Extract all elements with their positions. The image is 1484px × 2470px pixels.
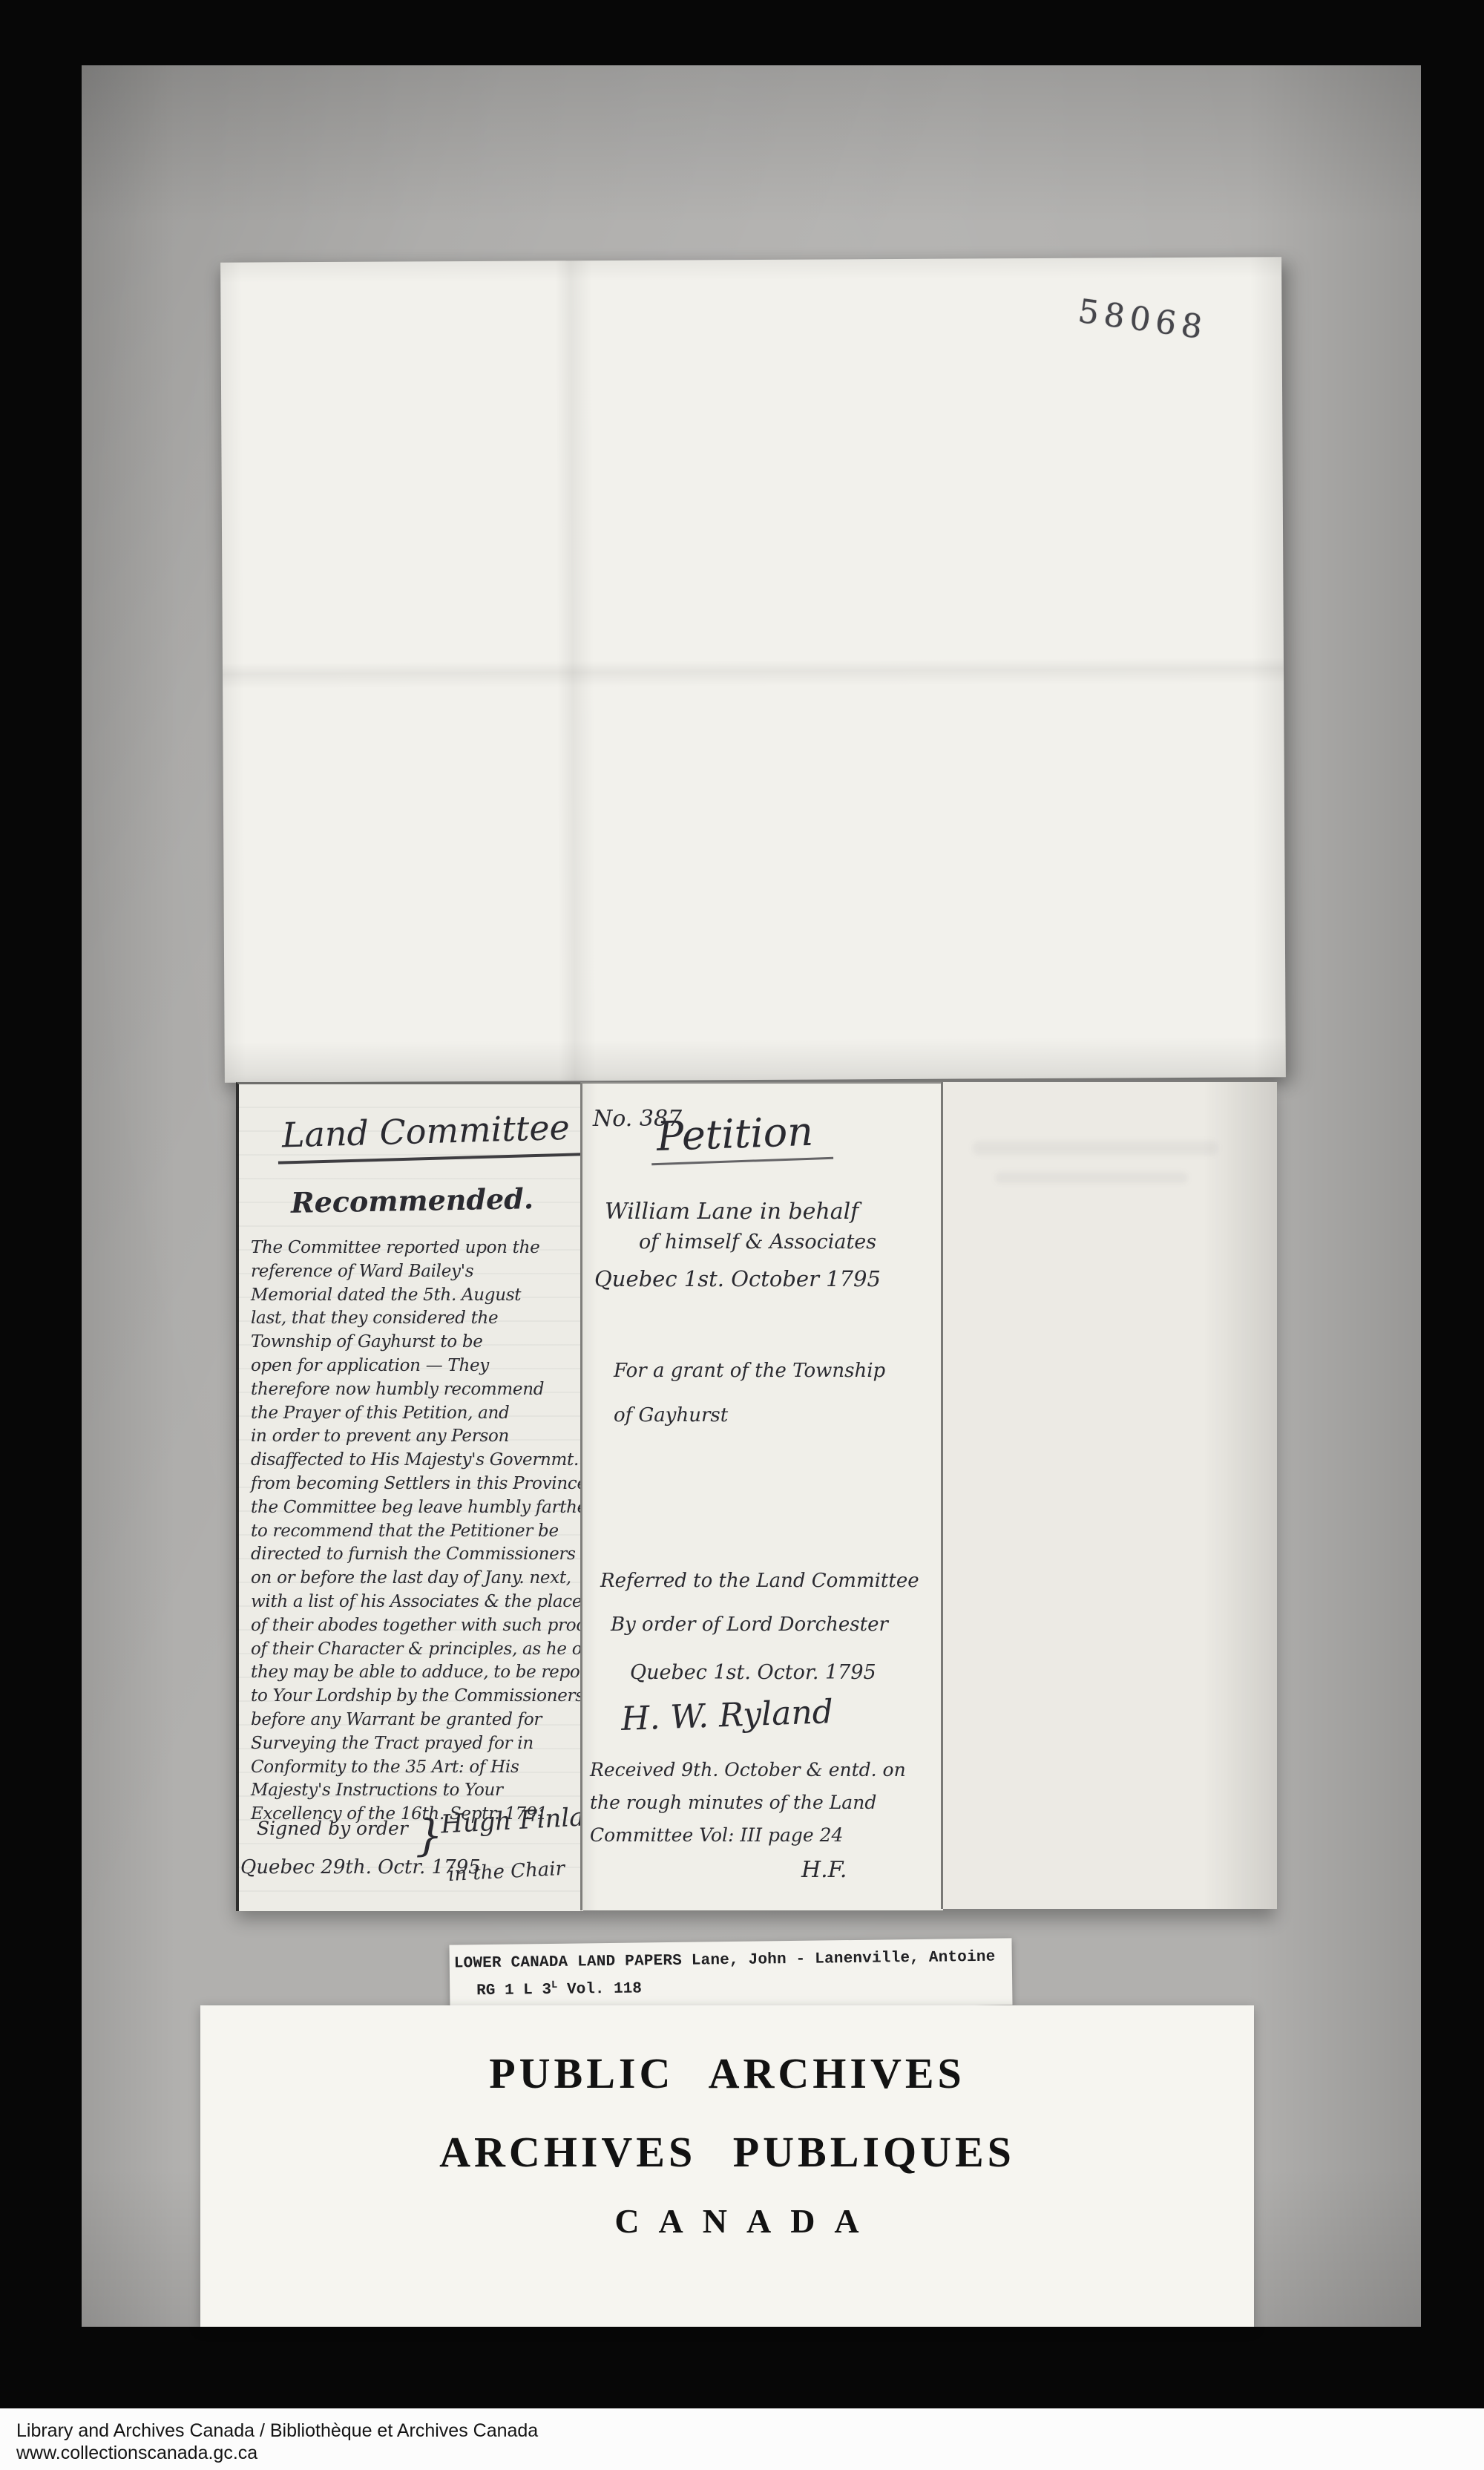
quebec-date-line: Quebec 29th. Octr. 1795 <box>240 1856 481 1878</box>
archive-reference-label: LOWER CANADA LAND PAPERS Lane, John - La… <box>449 1938 1012 2011</box>
manuscript-line: before any Warrant be granted for <box>251 1709 582 1732</box>
manuscript-line: the Prayer of this Petition, and <box>251 1402 582 1426</box>
collection-title-line: LOWER CANADA LAND PAPERS Lane, John - La… <box>454 1949 996 1973</box>
archives-publiques-fr: ARCHIVES PUBLIQUES <box>200 2127 1254 2177</box>
received-line-3: Committee Vol: III page 24 <box>590 1824 843 1846</box>
ink-bleed-mark <box>995 1173 1188 1183</box>
lac-name-line: Library and Archives Canada / Bibliothèq… <box>16 2420 538 2442</box>
land-committee-heading: Land Committee <box>277 1107 581 1164</box>
manuscript-line: reference of Ward Bailey's <box>251 1260 582 1284</box>
manuscript-line: the Committee beg leave humbly farther <box>251 1496 582 1520</box>
referral-date-line: Quebec 1st. Octor. 1795 <box>630 1661 876 1684</box>
manuscript-line: of their Character & principles, as he o… <box>251 1638 582 1662</box>
manuscript-line: last, that they considered the <box>251 1307 582 1331</box>
page-number-stamp: 58068 <box>1076 292 1209 347</box>
manuscript-line: therefore now humbly recommend <box>251 1378 582 1402</box>
canada-label: CANADA <box>200 2201 1273 2241</box>
ink-bleed-mark <box>973 1141 1218 1155</box>
lac-attribution-strip: Library and Archives Canada / Bibliothèq… <box>0 2408 1484 2470</box>
public-archives-en: PUBLIC ARCHIVES <box>200 2048 1254 2098</box>
manuscript-line: from becoming Settlers in this Province <box>251 1472 582 1496</box>
manuscript-line: to recommend that the Petitioner be <box>251 1520 582 1544</box>
manuscript-line: Township of Gayhurst to be <box>251 1331 582 1354</box>
manuscript-line: to Your Lordship by the Commissioners <box>251 1685 582 1709</box>
petitioner-name-line: William Lane in behalf <box>605 1199 858 1225</box>
manuscript-line: on or before the last day of Jany. next, <box>251 1567 582 1591</box>
signed-by-order: Signed by order <box>257 1818 408 1839</box>
manuscript-line: directed to furnish the Commissioners <box>251 1543 582 1567</box>
record-group-volume: Vol. 118 <box>557 1980 642 1998</box>
manuscript-line: of their abodes together with such proof <box>251 1614 582 1638</box>
record-group-prefix: RG 1 L 3 <box>476 1982 551 1999</box>
received-line-2: the rough minutes of the Land <box>590 1792 876 1813</box>
manuscript-line: Memorial dated the 5th. August <box>251 1284 582 1308</box>
petition-heading: Petition <box>650 1107 833 1166</box>
manuscript-line: they may be able to adduce, to be report… <box>251 1661 582 1685</box>
photograph-area: 58068 Land Committee Recommended. The Co… <box>82 65 1421 2327</box>
clerk-initials: H.F. <box>801 1857 847 1883</box>
received-line-1: Received 9th. October & entd. on <box>590 1759 906 1781</box>
manuscript-line: Majesty's Instructions to Your <box>251 1779 582 1803</box>
recommendation-body: The Committee reported upon the referenc… <box>251 1236 582 1827</box>
petition-panel: No. 387 Petition William Lane in behalf … <box>580 1082 943 1910</box>
blank-folded-sheet: 58068 <box>220 257 1286 1082</box>
subject-line-2: of Gayhurst <box>614 1404 728 1426</box>
brace-glyph: } <box>416 1810 443 1861</box>
referral-line-1: Referred to the Land Committee <box>600 1570 919 1592</box>
manuscript-panels: Land Committee Recommended. The Committe… <box>236 1082 1275 1909</box>
manuscript-line: disaffected to His Majesty's Governmt. <box>251 1449 582 1472</box>
manuscript-line: in order to prevent any Person <box>251 1425 582 1449</box>
manuscript-line: Surveying the Tract prayed for in <box>251 1732 582 1756</box>
record-group-line: RG 1 L 3L Vol. 118 <box>476 1978 642 1999</box>
blank-docket-page <box>941 1082 1277 1909</box>
lac-url-line: www.collectionscanada.gc.ca <box>16 2443 257 2464</box>
manuscript-line: The Committee reported upon the <box>251 1236 582 1260</box>
petition-date-line: Quebec 1st. October 1795 <box>594 1266 881 1291</box>
public-archives-card: PUBLIC ARCHIVES ARCHIVES PUBLIQUES CANAD… <box>200 2005 1254 2327</box>
subject-line-1: For a grant of the Township <box>614 1360 885 1382</box>
manuscript-line: Conformity to the 35 Art: of His <box>251 1756 582 1780</box>
land-committee-panel: Land Committee Recommended. The Committe… <box>236 1082 583 1911</box>
archival-scan-frame: 58068 Land Committee Recommended. The Co… <box>0 0 1484 2470</box>
petitioner-associates-line: of himself & Associates <box>639 1231 876 1254</box>
referral-line-2: By order of Lord Dorchester <box>611 1614 888 1636</box>
manuscript-line: with a list of his Associates & the plac… <box>251 1591 582 1614</box>
recommended-subheading: Recommended. <box>291 1182 534 1219</box>
manuscript-line: open for application — They <box>251 1354 582 1378</box>
ryland-signature: H. W. Ryland <box>620 1693 833 1738</box>
